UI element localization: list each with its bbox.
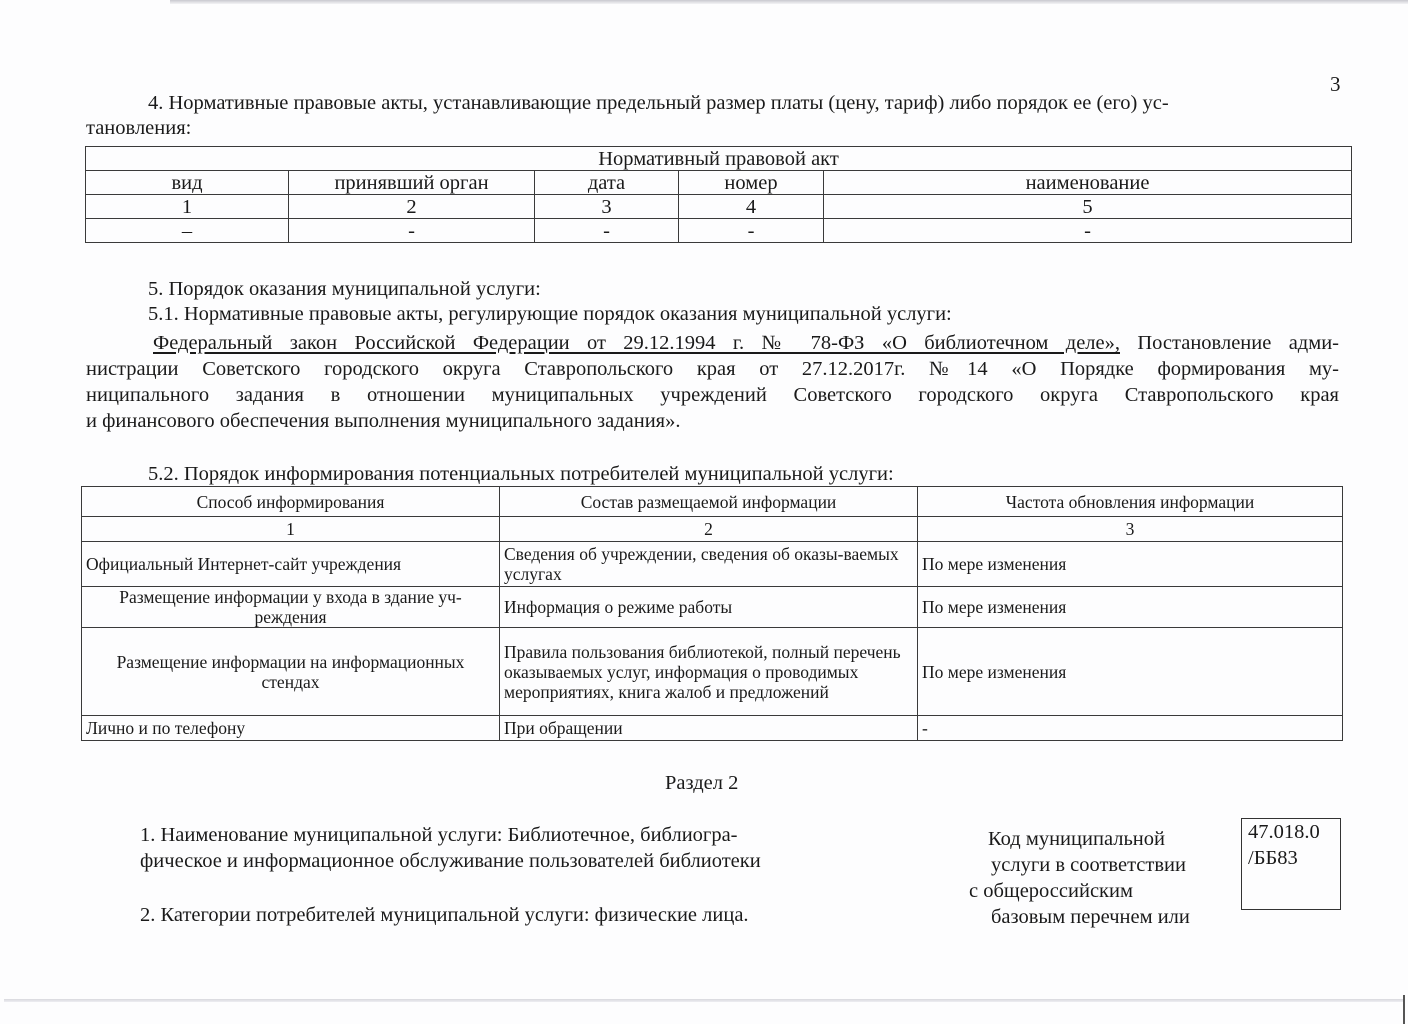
number-cell: 2 xyxy=(289,195,535,219)
code-label-line4: базовым перечнем или xyxy=(991,904,1190,930)
section4-title-line1: 4. Нормативные правовые акты, устанавлив… xyxy=(148,90,1169,116)
table-cell: По мере изменения xyxy=(918,542,1343,587)
section51-line2: нистрации Советского городского округа С… xyxy=(86,356,1339,382)
service-code-line1: 47.018.0 xyxy=(1248,819,1334,845)
table-cell: Информация о режиме работы xyxy=(500,587,918,628)
section52-title: 5.2. Порядок информирования потенциальны… xyxy=(148,461,894,487)
table-row: Размещение информации у входа в здание у… xyxy=(82,587,1343,628)
table-cell: Размещение информации у входа в здание у… xyxy=(82,587,500,628)
table-number-row: 1 2 3 4 5 xyxy=(86,195,1352,219)
table-cell: Сведения об учреждении, сведения об оказ… xyxy=(500,542,918,587)
table-cell: По мере изменения xyxy=(918,628,1343,716)
table-cell: - xyxy=(289,219,535,243)
table-cell: Официальный Интернет-сайт учреждения xyxy=(82,542,500,587)
number-cell: 3 xyxy=(535,195,679,219)
service-code-box: 47.018.0 /ББ83 xyxy=(1241,818,1341,910)
table-group-header-row: Нормативный правовой акт xyxy=(86,147,1352,171)
section5-title: 5. Порядок оказания муниципальной услуги… xyxy=(148,276,541,302)
page-number: 3 xyxy=(1330,72,1341,97)
table-cell: Правила пользования библиотекой, полный … xyxy=(500,628,918,716)
table-cell: По мере изменения xyxy=(918,587,1343,628)
normative-acts-table: Нормативный правовой акт вид принявший о… xyxy=(85,146,1352,243)
service-name-line1: 1. Наименование муниципальной услуги: Би… xyxy=(140,822,738,848)
number-cell: 3 xyxy=(918,517,1343,542)
informing-table: Способ информирования Состав размещаемой… xyxy=(81,486,1343,741)
table-cell: - xyxy=(918,716,1343,741)
header-cell: Частота обновления информации xyxy=(918,487,1343,517)
number-cell: 2 xyxy=(500,517,918,542)
number-cell: 4 xyxy=(679,195,824,219)
number-cell: 1 xyxy=(86,195,289,219)
table-cell: - xyxy=(824,219,1352,243)
scan-top-edge xyxy=(170,0,1408,4)
section51-line3: ниципального задания в отношении муницип… xyxy=(86,382,1339,408)
section51-line4: и финансового обеспечения выполнения мун… xyxy=(86,408,680,434)
table-header-row: вид принявший орган дата номер наименова… xyxy=(86,171,1352,195)
table-cell: - xyxy=(679,219,824,243)
code-label-line2: услуги в соответствии xyxy=(991,852,1186,878)
table-row: – - - - - xyxy=(86,219,1352,243)
table-cell: При обращении xyxy=(500,716,918,741)
number-cell: 5 xyxy=(824,195,1352,219)
table-cell: Размещение информации на информационных … xyxy=(82,628,500,716)
table-row: Лично и по телефону При обращении - xyxy=(82,716,1343,741)
scan-bottom-edge xyxy=(4,999,1404,1002)
section4-title-line2: тановления: xyxy=(86,115,191,141)
header-cell: Способ информирования xyxy=(82,487,500,517)
header-cell: Состав размещаемой информации xyxy=(500,487,918,517)
table-cell: Лично и по телефону xyxy=(82,716,500,741)
number-cell: 1 xyxy=(82,517,500,542)
table-cell: – xyxy=(86,219,289,243)
scan-right-edge xyxy=(1403,995,1405,1024)
consumer-categories: 2. Категории потребителей муниципальной … xyxy=(140,902,749,928)
table-row: Размещение информации на информационных … xyxy=(82,628,1343,716)
code-label-line1: Код муниципальной xyxy=(988,826,1165,852)
section51-line1: Федеральный закон Российской Федерации о… xyxy=(86,330,1339,356)
group-header-cell: Нормативный правовой акт xyxy=(86,147,1352,171)
header-cell: наименование xyxy=(824,171,1352,195)
table-cell: - xyxy=(535,219,679,243)
section2-heading: Раздел 2 xyxy=(665,770,738,796)
service-name-line2: фическое и информационное обслуживание п… xyxy=(140,848,761,874)
header-cell: дата xyxy=(535,171,679,195)
section51-line1-rest: Постановление адми- xyxy=(1120,332,1339,354)
header-cell: номер xyxy=(679,171,824,195)
federal-law-reference: Федеральный закон Российской Федерации о… xyxy=(153,332,1120,354)
header-cell: принявший орган xyxy=(289,171,535,195)
table-header-row: Способ информирования Состав размещаемой… xyxy=(82,487,1343,517)
code-label-line3: с общероссийским xyxy=(969,878,1133,904)
service-code-line2: /ББ83 xyxy=(1248,845,1334,871)
section51-title: 5.1. Нормативные правовые акты, регулиру… xyxy=(148,301,952,327)
header-cell: вид xyxy=(86,171,289,195)
table-row: Официальный Интернет-сайт учреждения Све… xyxy=(82,542,1343,587)
table-number-row: 1 2 3 xyxy=(82,517,1343,542)
